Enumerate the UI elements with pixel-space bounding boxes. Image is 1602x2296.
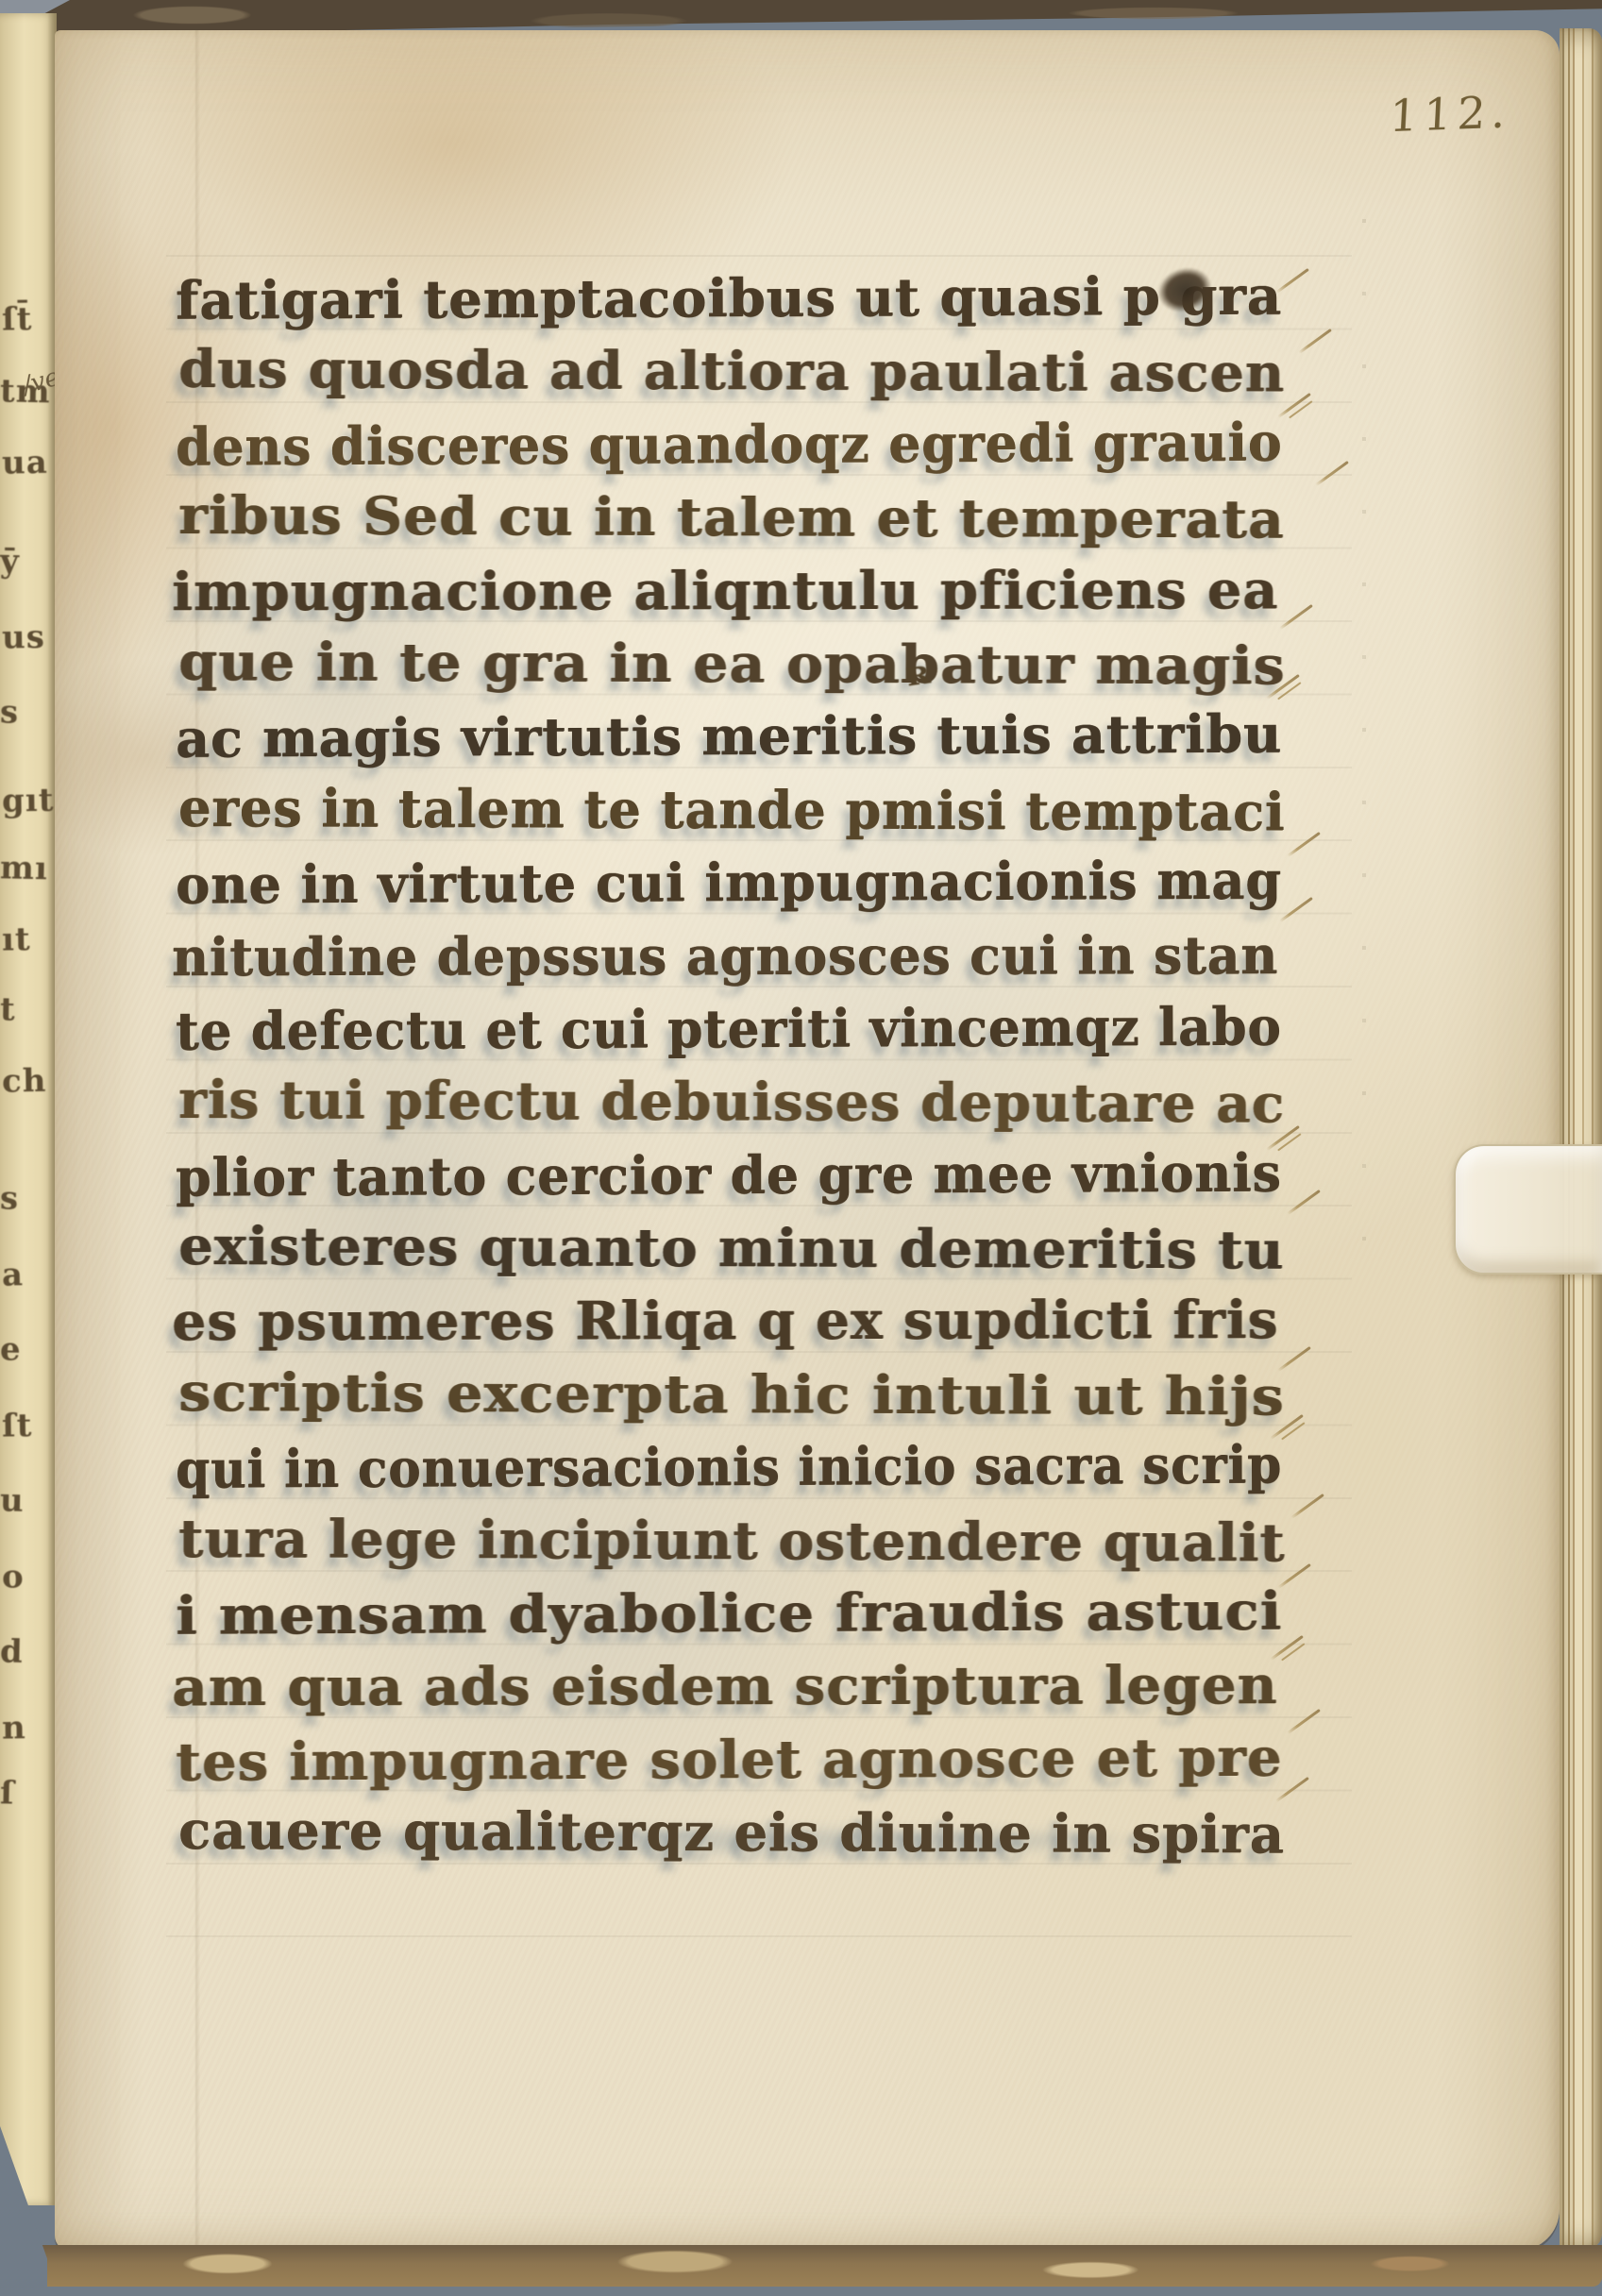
ink-text: tes impugnare solet agnosce et pre [176, 1723, 1283, 1796]
ink-text: qui in conuersacionis inicio sacra scrip [176, 1430, 1282, 1503]
ink-text: i mensam dyabolice fraudis astuci [176, 1577, 1282, 1649]
ink-text: eres in talem te tande pmisi temptaci [178, 773, 1286, 845]
pen-flourish [1279, 897, 1313, 922]
ink-text: am qua ads eisdem scriptura legen [172, 1651, 1278, 1721]
manuscript-line: tes impugnare solet agnosce et pretes im… [176, 1721, 1282, 1799]
text-block: fatigari temptacoibus ut quasi p grafati… [176, 262, 1282, 1877]
manuscript-page: 112. fatigari temptacoibus ut quasi p gr… [55, 30, 1560, 2251]
pricking-marks [1362, 219, 1366, 1258]
manuscript-line: es psumeres Rliqa q ex supdicti frises p… [172, 1284, 1278, 1359]
ink-text: cauere qualiterqz eis diuine in spira [178, 1797, 1285, 1868]
ink-text: que in te gra in ea opabatur magis [178, 627, 1286, 699]
ink-text: plior tanto cercior de gre mee vnionis [176, 1139, 1282, 1211]
manuscript-line: nitudine depssus agnosces cui in stannit… [172, 919, 1278, 993]
manuscript-line: ac magis virtutis meritis tuis attribuac… [176, 699, 1282, 777]
manuscript-line: ris tui pfectu debuisses deputare acris … [178, 1064, 1285, 1141]
manuscript-line: i mensam dyabolice fraudis astucii mensa… [176, 1575, 1282, 1653]
ink-text: fatigari temptacoibus ut quasi p gra [176, 262, 1282, 334]
ink-text: ris tui pfectu debuisses deputare ac [178, 1066, 1285, 1138]
manuscript-line: dens disceres quandoqz egredi grauiodens… [176, 406, 1282, 484]
ink-text: nitudine depssus agnosces cui in stan [172, 920, 1278, 990]
manuscript-line: te defectu et cui pteriti vincemqz labot… [176, 990, 1282, 1069]
ink-text: te defectu et cui pteriti vincemqz labo [176, 992, 1282, 1065]
manuscript-line: dus quosda ad altiora paulati ascendus q… [178, 333, 1285, 411]
pen-flourish [1277, 1346, 1311, 1372]
ink-text: one in virtute cui impugnacionis mag [176, 846, 1282, 919]
ink-text: dens disceres quandoqz egredi grauio [176, 408, 1283, 481]
ink-text: dus quosda ad altiora paulati ascen [178, 335, 1285, 407]
manuscript-line: que in te gra in ea opabatur magisque in… [178, 626, 1285, 703]
manuscript-line: impugnacione aliqntulu pficiens eaimpugn… [172, 554, 1278, 629]
ink-text: existeres quanto minu demeritis tu [178, 1212, 1285, 1284]
pen-flourish [1287, 1190, 1321, 1215]
manuscript-line: am qua ads eisdem scriptura legenam qua … [172, 1649, 1278, 1724]
manuscript-line: cauere qualiterqz eis diuine in spiracau… [178, 1795, 1285, 1872]
pen-flourish [1279, 604, 1313, 630]
manuscript-line: qui in conuersacionis inicio sacra scrip… [176, 1429, 1282, 1508]
folio-number: 112. [1389, 87, 1512, 143]
pen-flourish [1315, 461, 1349, 486]
previous-page-edge: ſt̄tmuaȳussgıtmııttchsaeſtuodnſ ∕vel [0, 13, 57, 2205]
manuscript-line: tura lege incipiunt ostendere qualittura… [178, 1502, 1285, 1579]
ink-text: ribus Sed cu in talem et temperata [178, 481, 1285, 553]
manuscript-line: one in virtute cui impugnacionis magone … [176, 845, 1282, 923]
manuscript-line: plior tanto cercior de gre mee vnionispl… [176, 1137, 1282, 1215]
manuscript-line: eres in talem te tande pmisi temptaciere… [178, 771, 1285, 849]
book-photo: ſt̄tmuaȳussgıtmııttchsaeſtuodnſ ∕vel 112… [0, 0, 1602, 2296]
manuscript-line: scriptis excerpta hic intuli ut hijsscri… [178, 1357, 1285, 1434]
ink-text: tura lege incipiunt ostendere qualit [178, 1504, 1286, 1576]
ink-text: scriptis excerpta hic intuli ut hijs [178, 1358, 1285, 1429]
pen-flourish [1298, 329, 1332, 354]
pen-flourish [1290, 1494, 1324, 1519]
binding-bottom-edge [4, 2245, 1602, 2287]
pen-flourish [1287, 832, 1321, 857]
manuscript-line: existeres quanto minu demeritis tuexiste… [178, 1210, 1285, 1288]
manuscript-line: ribus Sed cu in talem et temperataribus … [178, 480, 1285, 557]
manuscript-line: fatigari temptacoibus ut quasi p grafati… [176, 260, 1282, 338]
ink-text: impugnacione aliqntulu pficiens ea [172, 555, 1278, 625]
parchment-index-tab [1454, 1144, 1602, 1275]
ink-text: es psumeres Rliqa q ex supdicti fris [172, 1286, 1279, 1356]
fore-edge-page-stack [1560, 28, 1602, 2249]
ink-text: ac magis virtutis meritis tuis attribu [176, 701, 1282, 773]
pen-flourish [1287, 1709, 1321, 1734]
